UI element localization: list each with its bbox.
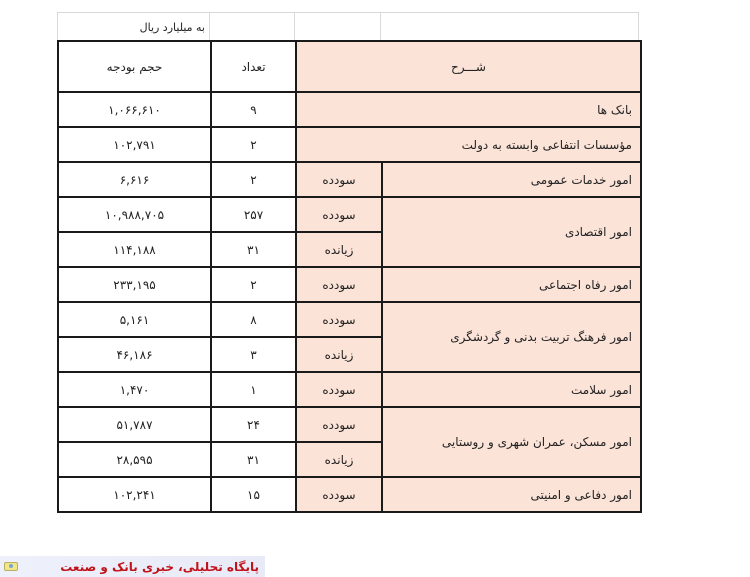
type-cell: زیانده: [296, 442, 382, 477]
sector-cell: امور اقتصادی: [382, 197, 641, 267]
table-row: ۲۳۳,۱۹۵ ۲ سودده امور رفاه اجتماعی: [58, 267, 641, 302]
sector-cell: امور سلامت: [382, 372, 641, 407]
count-cell: ۲۵۷: [211, 197, 296, 232]
sector-cell: امور رفاه اجتماعی: [382, 267, 641, 302]
budget-cell: ۲۸,۵۹۵: [58, 442, 211, 477]
budget-cell: ۲۳۳,۱۹۵: [58, 267, 211, 302]
header-budget: حجم بودجه: [58, 41, 211, 92]
table-row: ۱,۰۶۶,۶۱۰ ۹ بانک ها: [58, 92, 641, 127]
header-count: تعداد: [211, 41, 296, 92]
sector-cell: امور فرهنگ تربیت بدنی و گردشگری: [382, 302, 641, 372]
budget-table: حجم بودجه تعداد شـــرح ۱,۰۶۶,۶۱۰ ۹ بانک …: [57, 40, 642, 513]
type-cell: سودده: [296, 407, 382, 442]
type-cell: سودده: [296, 197, 382, 232]
count-cell: ۹: [211, 92, 296, 127]
caption-cell-unit: به میلیارد ریال: [57, 13, 210, 41]
count-cell: ۱: [211, 372, 296, 407]
budget-cell: ۱۰۲,۲۴۱: [58, 477, 211, 512]
source-banner: پایگاه تحلیلی، خبری بانک و صنعت: [0, 556, 265, 577]
table-row: ۱۰,۹۸۸,۷۰۵ ۲۵۷ سودده امور اقتصادی: [58, 197, 641, 232]
type-cell: زیانده: [296, 232, 382, 267]
table-row: ۱۰۲,۷۹۱ ۲ مؤسسات انتفاعی وابسته به دولت: [58, 127, 641, 162]
budget-cell: ۱۰,۹۸۸,۷۰۵: [58, 197, 211, 232]
table-row: ۱۰۲,۲۴۱ ۱۵ سودده امور دفاعی و امنیتی: [58, 477, 641, 512]
type-cell: سودده: [296, 267, 382, 302]
flag-icon: [4, 562, 18, 571]
sector-cell: امور مسکن، عمران شهری و روستایی: [382, 407, 641, 477]
table-row: ۵۱,۷۸۷ ۲۴ سودده امور مسکن، عمران شهری و …: [58, 407, 641, 442]
type-cell: زیانده: [296, 337, 382, 372]
unit-note: به میلیارد ریال: [58, 13, 209, 34]
budget-cell: ۱,۴۷۰: [58, 372, 211, 407]
source-label: پایگاه تحلیلی، خبری بانک و صنعت: [60, 560, 265, 574]
type-cell: سودده: [296, 477, 382, 512]
table-header-row: حجم بودجه تعداد شـــرح: [58, 41, 641, 92]
count-cell: ۲: [211, 127, 296, 162]
count-cell: ۲: [211, 267, 296, 302]
budget-cell: ۱۱۴,۱۸۸: [58, 232, 211, 267]
count-cell: ۸: [211, 302, 296, 337]
budget-cell: ۵۱,۷۸۷: [58, 407, 211, 442]
count-cell: ۲: [211, 162, 296, 197]
caption-cell-empty: [295, 13, 381, 41]
type-cell: سودده: [296, 372, 382, 407]
count-cell: ۳۱: [211, 232, 296, 267]
table-row: ۵,۱۶۱ ۸ سودده امور فرهنگ تربیت بدنی و گر…: [58, 302, 641, 337]
type-cell: سودده: [296, 302, 382, 337]
count-cell: ۳۱: [211, 442, 296, 477]
sector-cell: مؤسسات انتفاعی وابسته به دولت: [296, 127, 641, 162]
budget-cell: ۱۰۲,۷۹۱: [58, 127, 211, 162]
budget-cell: ۴۶,۱۸۶: [58, 337, 211, 372]
type-cell: سودده: [296, 162, 382, 197]
caption-cell-empty: [381, 13, 639, 41]
caption-cell-empty: [210, 13, 295, 41]
sector-cell: بانک ها: [296, 92, 641, 127]
budget-cell: ۵,۱۶۱: [58, 302, 211, 337]
table-row: ۱,۴۷۰ ۱ سودده امور سلامت: [58, 372, 641, 407]
sector-cell: امور خدمات عمومی: [382, 162, 641, 197]
count-cell: ۱۵: [211, 477, 296, 512]
budget-cell: ۱,۰۶۶,۶۱۰: [58, 92, 211, 127]
budget-cell: ۶,۶۱۶: [58, 162, 211, 197]
header-description: شـــرح: [296, 41, 641, 92]
count-cell: ۳: [211, 337, 296, 372]
caption-row: به میلیارد ریال: [57, 12, 639, 41]
table-row: ۶,۶۱۶ ۲ سودده امور خدمات عمومی: [58, 162, 641, 197]
count-cell: ۲۴: [211, 407, 296, 442]
sector-cell: امور دفاعی و امنیتی: [382, 477, 641, 512]
